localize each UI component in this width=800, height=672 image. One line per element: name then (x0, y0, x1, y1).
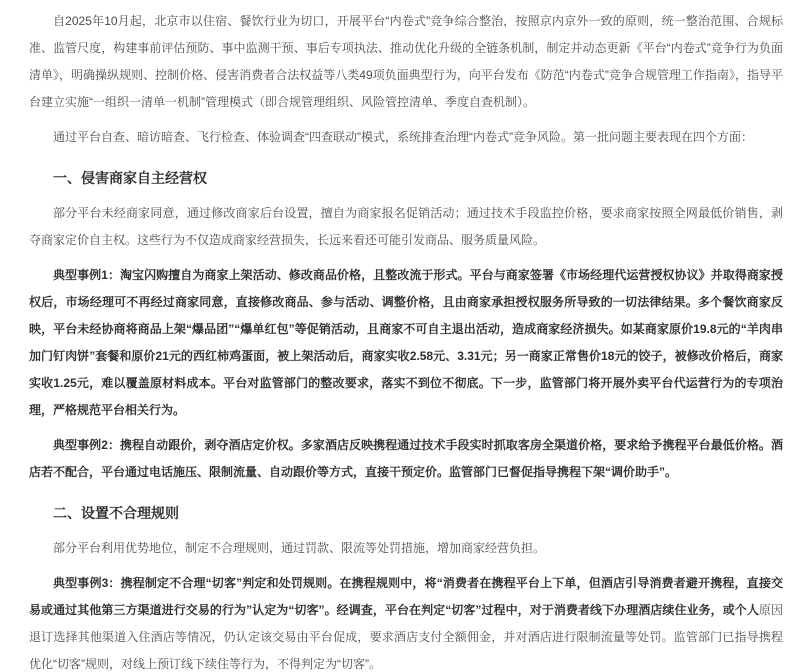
section-2-lead-paragraph: 部分平台利用优势地位，制定不合理规则，通过罚款、限流等处罚措施，增加商家经营负担… (29, 535, 783, 562)
intro-paragraph: 自2025年10月起，北京市以住宿、餐饮行业为切口，开展平台“内卷式”竞争综合整… (29, 8, 783, 116)
section-1-heading: 一、侵害商家自主经营权 (29, 165, 783, 192)
article-body: 自2025年10月起，北京市以住宿、餐饮行业为切口，开展平台“内卷式”竞争综合整… (29, 0, 783, 672)
case-2-paragraph: 典型事例2：携程自动跟价，剥夺酒店定价权。多家酒店反映携程通过技术手段实时抓取客… (29, 432, 783, 486)
case-3-paragraph: 典型事例3：携程制定不合理“切客”判定和处罚规则。在携程规则中，将“消费者在携程… (29, 570, 783, 672)
section-1-lead-paragraph: 部分平台未经商家同意，通过修改商家后台设置，擅自为商家报名促销活动；通过技术手段… (29, 200, 783, 254)
four-checks-paragraph: 通过平台自查、暗访暗查、飞行检查、体验调查“四查联动”模式，系统排查治理“内卷式… (29, 124, 783, 151)
case-3-bold-span: 典型事例3：携程制定不合理“切客”判定和处罚规则。在携程规则中，将“消费者在携程… (29, 576, 783, 617)
case-1-paragraph: 典型事例1：淘宝闪购擅自为商家上架活动、修改商品价格，且整改流于形式。平台与商家… (29, 262, 783, 424)
section-2-heading: 二、设置不合理规则 (29, 500, 783, 527)
